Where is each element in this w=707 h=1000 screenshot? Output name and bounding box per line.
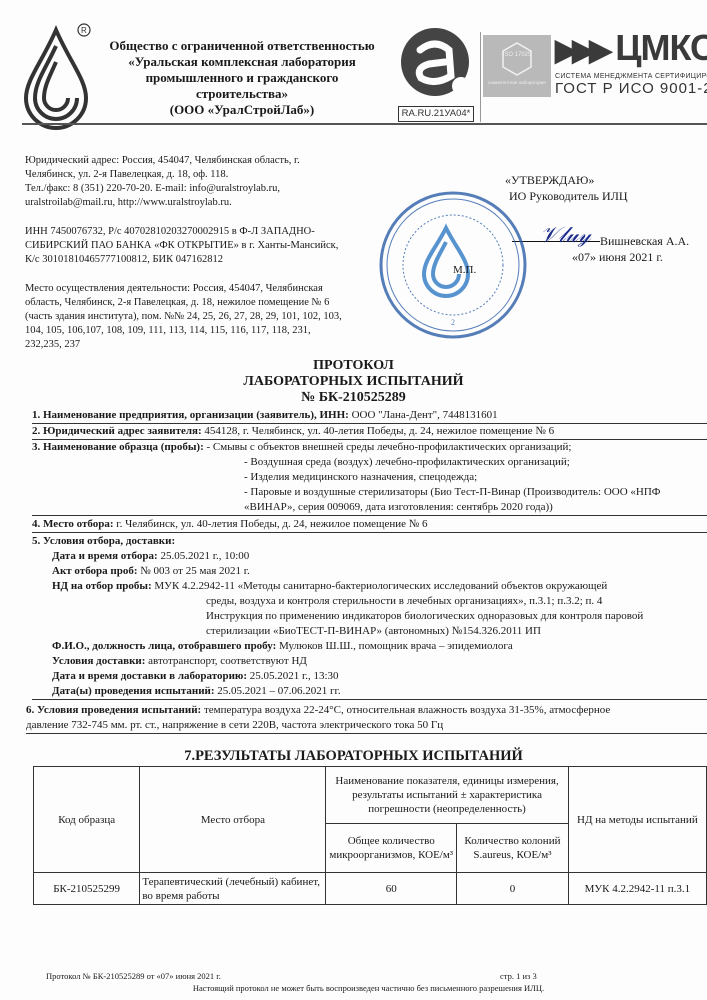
header-total-microorganisms: Общее количество микроорганизмов, КОЕ/м³ [326,824,457,873]
header-sampling-place: Место отбора [140,767,326,873]
iso-caption: компетентная лаборатория [486,80,548,86]
results-title: 7.РЕЗУЛЬТАТЫ ЛАБОРАТОРНЫХ ИСПЫТАНИЙ [0,748,707,765]
header-sample-code: Код образца [34,767,140,873]
cmks-certification: ▶▶▶ ЦМКС СИСТЕМА МЕНЕДЖМЕНТА СЕРТИФИЦИРО… [555,28,707,98]
iso-standard: ISO 17025 [502,52,532,82]
header-test-method: НД на методы испытаний [568,767,706,873]
header-divider [480,32,481,122]
signature-icon: 𝒱𝓁𝓊𝓎 [540,222,591,248]
footer-page-number: стр. 1 из 3 [500,971,537,981]
section-applicant-address: 2. Юридический адрес заявителя: 454128, … [32,424,707,440]
stamp-label: М.П. [453,264,476,276]
header-indicator-group: Наименование показателя, единицы измерен… [326,767,568,824]
protocol-number: № БК-210525289 [0,390,707,406]
approval-date: «07» июня 2021 г. [572,250,663,265]
legal-address: Юридический адрес: Россия, 454047, Челяб… [25,155,300,180]
cell-method: МУК 4.2.2942-11 п.3.1 [568,873,706,905]
accreditation-number: RA.RU.21УА04* [398,106,474,122]
signer-name: Вишневская А.А. [600,234,689,249]
company-contacts: Юридический адрес: Россия, 454047, Челяб… [25,154,345,367]
svg-text:2: 2 [451,318,455,327]
table-row: БК-210525299 Терапевтический (лечебный) … [34,873,707,905]
cell-sampling-place: Терапевтический (лечебный) кабинет, во в… [140,873,326,905]
section-sample-name: 3. Наименование образца (пробы): - Смывы… [32,440,707,516]
organization-name: Общество с ограниченной ответственностью… [92,38,392,118]
header-rule [22,123,707,125]
activity-place: Место осуществления деятельности: Россия… [25,282,345,352]
phone-email: Тел./факс: 8 (351) 220-70-20. E-mail: in… [25,183,280,208]
bank-details: ИНН 7450076732, Р/с 40702810203270002915… [25,225,345,267]
svg-text:R: R [81,26,87,35]
cell-total: 60 [326,873,457,905]
triple-chevron-icon: ▶▶▶ [555,34,606,67]
cell-sample-code: БК-210525299 [34,873,140,905]
section-applicant: 1. Наименование предприятия, организации… [32,408,707,424]
company-drop-logo: R [22,22,92,130]
footer-notice: Настоящий протокол не может быть воспрои… [0,983,707,993]
protocol-title: ПРОТОКОЛ ЛАБОРАТОРНЫХ ИСПЫТАНИЙ № БК-210… [0,358,707,406]
approval-label: «УТВЕРЖДАЮ» [505,172,628,188]
cell-saureus: 0 [457,873,569,905]
cmks-logo: ▶▶▶ ЦМКС [555,28,707,71]
header-saureus: Количество колоний S.aureus, КОЕ/м³ [457,824,569,873]
section-sampling-place: 4. Место отбора: г. Челябинск, ул. 40-ле… [32,517,707,533]
results-table: Код образца Место отбора Наименование по… [33,766,707,905]
section-sampling-conditions: 5. Условия отбора, доставки: Дата и врем… [32,534,707,700]
accreditation-logo-icon [395,20,475,120]
section-test-conditions: 6. Условия проведения испытаний: темпера… [26,703,707,734]
footer-protocol-ref: Протокол № БК-210525289 от «07» июня 202… [46,971,221,981]
